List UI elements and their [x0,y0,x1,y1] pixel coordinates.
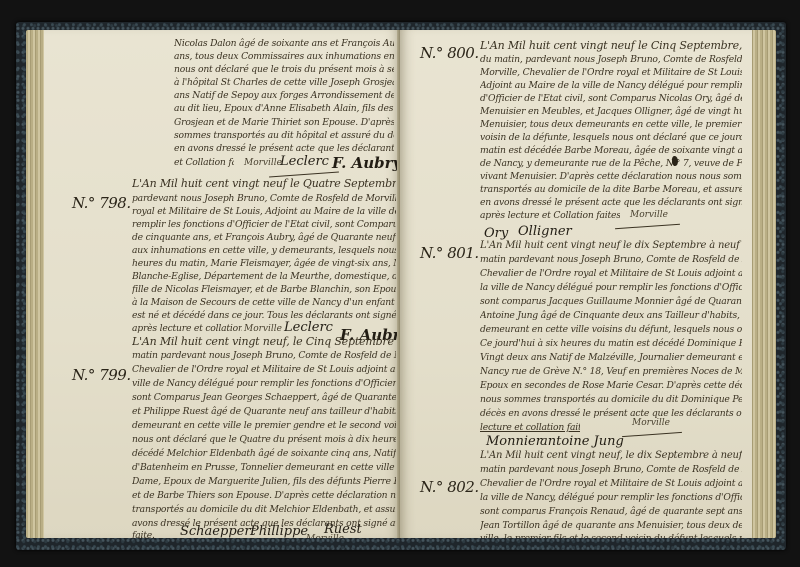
entry-number: N.° 798. [72,194,131,212]
text-line: décédé Melchior Eldenbath âgé de soixant… [132,448,396,460]
text-line: nous ont déclaré que le Quatre du présen… [132,434,396,446]
text-line: L'An Mil huit cent vingt neuf, le Cinq S… [132,336,396,348]
text-line: demeurant en cette ville le premier gend… [132,420,396,432]
signature: Leclerc [284,320,333,335]
signature-flourish [269,172,339,178]
signature: Olligner [518,224,572,239]
text-line: Nicolas Dalon âgé de soixante ans et Fra… [174,38,394,50]
ink-blot [672,156,678,166]
text-line: la ville de Nancy, délégué pour remplir … [480,492,742,504]
text-line: L'An Mil huit cent vingt neuf le dix Sep… [480,240,742,252]
text-line: Chevalier de l'Ordre royal et Militaire … [480,478,742,490]
text-line: L'An Mil huit cent vingt neuf le Quatre … [132,178,396,190]
text-line: demeurant en cette ville voisins du défu… [480,324,742,336]
text-line: ville de Nancy délégué pour remplir les … [132,378,396,390]
signature: Morville [244,158,282,168]
text-line: Dame, Epoux de Marguerite Julien, fils d… [132,476,396,488]
text-line: matin pardevant nous Joseph Bruno, Comte… [480,254,742,266]
signature: Schaeppert [180,524,256,538]
text-line: sont comparus Jacques Guillaume Monnier … [480,296,742,308]
text-line: transportés au domicile du dit Melchior … [132,504,396,516]
text-line: sont comparus François Renaud, âgé de qu… [480,506,742,518]
text-line: Menuisier, tous deux demeurants en cette… [480,119,742,131]
right-page: N.° 800. L'An Mil huit cent vingt neuf l… [400,30,752,538]
signature: Ory [484,226,508,241]
text-line: transportés au domicile de la dite Barbe… [480,184,742,196]
text-line: sommes transportés au dit hôpital et ass… [174,130,394,142]
text-line: L'An Mil huit cent vingt neuf le Cinq Se… [480,40,742,52]
text-line: Vingt deux ans Natif de Malzéville, Jour… [480,352,742,364]
text-line: nous sommes transportés au domicile du d… [480,394,742,406]
text-line: heures du matin, Marie Fleismayer, âgée … [132,258,396,270]
text-line: après lecture et collation faites. [132,323,242,335]
text-line: ans, tous deux Commissaires aux inhumati… [174,51,394,63]
text-line: Grosjean et de Marie Thiriet son Epouse.… [174,117,394,129]
text-line: lecture et collation faite. [480,422,580,434]
signature: Morville [244,324,282,334]
text-line: Nancy rue de Grève N.° 18, Veuf en premi… [480,366,742,378]
text-line: à la Maison de Secours de cette ville de… [132,297,396,309]
text-line: L'An Mil huit cent vingt neuf, le dix Se… [480,450,742,462]
signature: Morville [306,534,344,538]
text-line: Morville, Chevalier de l'Ordre royal et … [480,67,742,79]
text-line: Chevalier de l'Ordre royal et Militaire … [132,364,396,376]
signature: antoine Jung [540,434,624,449]
text-line: remplir les fonctions d'Officier de l'Et… [132,219,396,231]
page-edges-right [752,30,776,538]
signature: Morville [630,210,668,220]
left-page: Nicolas Dalon âgé de soixante ans et Fra… [44,30,400,538]
signature: Morville [632,418,670,428]
text-line: matin est décédée Barbe Moreau, âgée de … [480,145,742,157]
text-line: de Nancy, y demeurante rue de la Pêche, … [480,158,742,170]
signature-flourish [622,432,682,437]
text-line: Ce jourd'hui à six heures du matin est d… [480,338,742,350]
signature: Monnier [486,434,542,449]
entry-number: N.° 802. [420,478,479,496]
text-line: Blanche-Eglise, Département de la Meurth… [132,271,396,283]
entry-number: N.° 801. [420,244,479,262]
text-line: vivant Menuisier. D'après cette déclarat… [480,171,742,183]
text-line: après lecture et Collation faites. [480,210,620,222]
text-line: royal et Militaire de St Louis, Adjoint … [132,206,396,218]
text-line: aux inhumations en cette ville, y demeur… [132,245,396,257]
text-line: et Philippe Ruest âgé de Quarante neuf a… [132,406,396,418]
text-line: nous ont déclaré que le trois du présent… [174,64,394,76]
text-line: Adjoint au Maire de la ville de Nancy dé… [480,80,742,92]
text-line: et de Barbe Thiers son Epouse. D'après c… [132,490,396,502]
text-line: et Collation faite. [174,157,234,169]
text-line: fille de Nicolas Fleismayer, et de Barbe… [132,284,396,296]
text-line: la ville de Nancy délégué pour remplir l… [480,282,742,294]
text-line: du matin, pardevant nous Joseph Bruno, C… [480,54,742,66]
text-line: pardevant nous Joseph Bruno, Comte de Ro… [132,193,396,205]
text-line: à l'hôpital St Charles de cette ville Jo… [174,77,394,89]
text-line: voisin de la défunte, lesquels nous ont … [480,132,742,144]
text-line: en avons dressé le présent acte que les … [480,197,742,209]
text-line: ville, le premier fils et le second vois… [480,533,742,538]
text-line: Jean Tortillon âgé de quarante ans Menui… [480,520,742,532]
signature: Leclerc [280,154,329,169]
text-line: au dit lieu, Epoux d'Anne Elisabeth Alai… [174,103,394,115]
signature: F. Aubry [332,154,400,172]
text-line: matin pardevant nous Joseph Bruno, Comte… [480,464,742,476]
text-line: de cinquante ans, et François Aubry, âgé… [132,232,396,244]
text-line: est né et décédé dans ce jour. Tous les … [132,310,396,322]
text-line: décès en avons dressé le présent acte qu… [480,408,742,420]
text-line: matin pardevant nous Joseph Bruno, Comte… [132,350,396,362]
text-line: d'Batenheim en Prusse, Tonnelier demeura… [132,462,396,474]
signature: Phillippe [250,524,308,538]
text-line: Epoux en secondes de Rose Marie Cesar. D… [480,380,742,392]
text-line: Antoine Jung âgé de Cinquante deux ans T… [480,310,742,322]
text-line: ans Natif de Sepoy aux forges Arrondisse… [174,90,394,102]
signature-flourish [615,224,680,230]
entry-number: N.° 799. [72,366,131,384]
entry-number: N.° 800. [420,44,479,62]
text-line: faite. [132,530,162,538]
text-line: d'Officier de l'Etat civil, sont Comparu… [480,93,742,105]
text-line: Menuisier en Meubles, et Jacques Olligne… [480,106,742,118]
text-line: Chevalier de l'Ordre royal et Militaire … [480,268,742,280]
text-line: sont Comparus Jean Georges Schaeppert, â… [132,392,396,404]
